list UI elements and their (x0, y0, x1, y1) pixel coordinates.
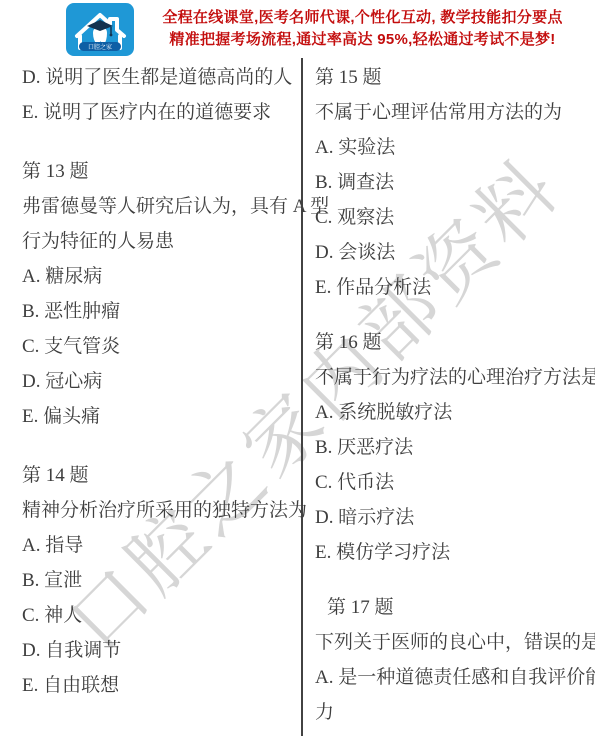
q17-option-a-line1: A. 是一种道德责任感和自我评价能 (315, 660, 587, 695)
q12-option-e: E. 说明了医疗内在的道德要求 (22, 95, 294, 130)
q14-stem-1: 精神分析治疗所采用的独特方法为 (22, 493, 294, 528)
q17-option-a-line2: 力 (315, 695, 587, 730)
q17-stem-1: 下列关于医师的良心中，错误的是 (315, 625, 587, 660)
q16-stem-1: 不属于行为疗法的心理治疗方法是 (315, 360, 587, 395)
q15-option-a: A. 实验法 (315, 130, 587, 165)
q13-option-a: A. 糖尿病 (22, 259, 294, 294)
q13-title: 第 13 题 (22, 154, 294, 189)
q15-option-e: E. 作品分析法 (315, 270, 587, 305)
q15-option-c: C. 观察法 (315, 200, 587, 235)
q13-stem-1: 弗雷德曼等人研究后认为，具有 A 型 (22, 189, 294, 224)
q16-option-e: E. 模仿学习疗法 (315, 535, 587, 570)
slogan-line-1: 全程在线课堂,医考名师代课,个性化互动, 教学技能扣分要点 (140, 7, 585, 29)
header-banner: 口腔之家 全程在线课堂,医考名师代课,个性化互动, 教学技能扣分要点 精准把握考… (0, 0, 595, 58)
q14-option-b: B. 宣泄 (22, 563, 294, 598)
q13-stem-2: 行为特征的人易患 (22, 224, 294, 259)
q16-option-d: D. 暗示疗法 (315, 500, 587, 535)
q16-option-a: A. 系统脱敏疗法 (315, 395, 587, 430)
left-column: D. 说明了医生都是道德高尚的人 E. 说明了医疗内在的道德要求 第 13 题 … (22, 60, 294, 703)
slogan-line-2: 精准把握考场流程,通过率高达 95%,轻松通过考试不是梦! (140, 29, 585, 51)
q15-title: 第 15 题 (315, 60, 587, 95)
q12-option-d: D. 说明了医生都是道德高尚的人 (22, 60, 294, 95)
exam-page: 口腔之家内部资料 口腔之家 全程在线课堂,医考名师代课,个性化互动, 教学技能扣… (0, 0, 595, 736)
q14-option-c: C. 神人 (22, 598, 294, 633)
q14-option-a: A. 指导 (22, 528, 294, 563)
q16-option-c: C. 代币法 (315, 465, 587, 500)
q14-title: 第 14 题 (22, 458, 294, 493)
q13-option-d: D. 冠心病 (22, 364, 294, 399)
q13-option-b: B. 恶性肿瘤 (22, 294, 294, 329)
q13-option-e: E. 偏头痛 (22, 399, 294, 434)
q15-option-d: D. 会谈法 (315, 235, 587, 270)
logo-house-icon: 口腔之家 (66, 3, 134, 56)
q15-stem-1: 不属于心理评估常用方法的为 (315, 95, 587, 130)
q16-option-b: B. 厌恶疗法 (315, 430, 587, 465)
q15-option-b: B. 调查法 (315, 165, 587, 200)
q16-title: 第 16 题 (315, 325, 587, 360)
header-slogan: 全程在线课堂,医考名师代课,个性化互动, 教学技能扣分要点 精准把握考场流程,通… (140, 7, 585, 51)
q13-option-c: C. 支气管炎 (22, 329, 294, 364)
logo-label-text: 口腔之家 (88, 43, 112, 51)
q14-option-d: D. 自我调节 (22, 633, 294, 668)
q17-title: 第 17 题 (327, 590, 587, 625)
right-column: 第 15 题 不属于心理评估常用方法的为 A. 实验法 B. 调查法 C. 观察… (315, 60, 587, 730)
oral-home-logo: 口腔之家 (66, 3, 134, 56)
column-divider (301, 58, 303, 736)
q14-option-e: E. 自由联想 (22, 668, 294, 703)
